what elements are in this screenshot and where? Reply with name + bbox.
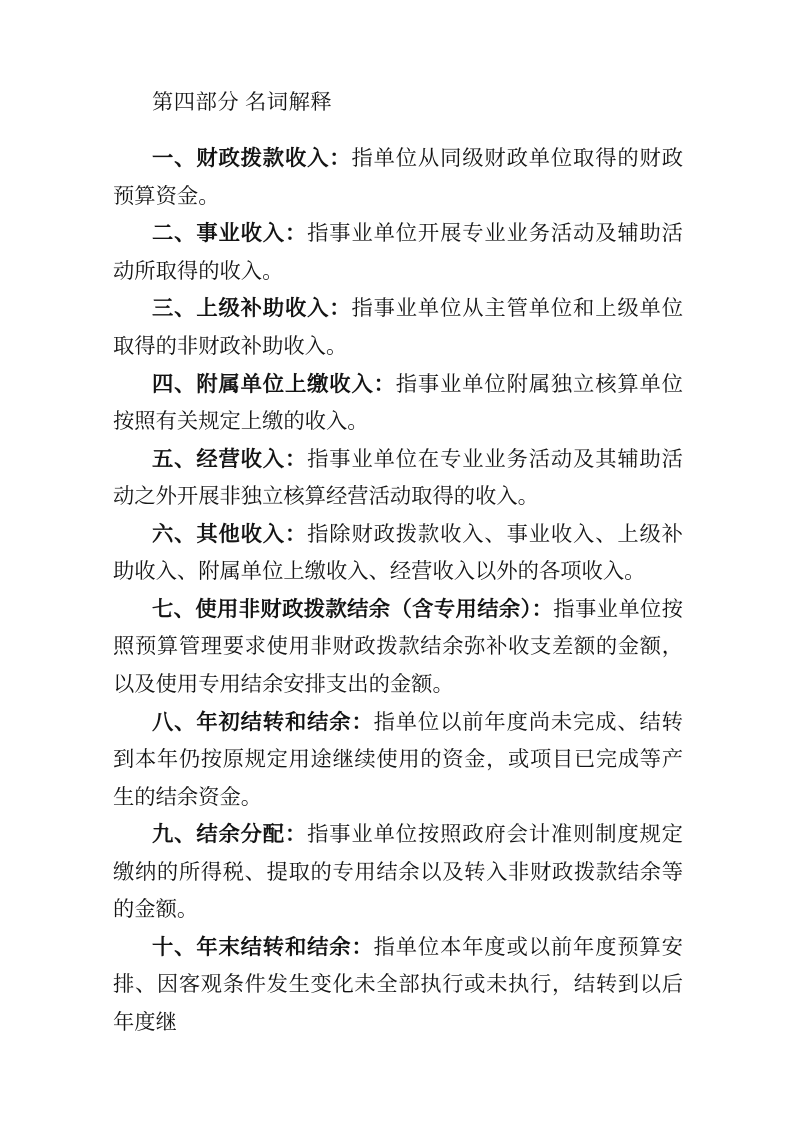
term-label: 二、事业收入： — [152, 221, 307, 245]
term-label: 三、上级补助收入： — [152, 296, 351, 320]
term-paragraph: 九、结余分配：指事业单位按照政府会计准则制度规定缴纳的所得税、提取的专用结余以及… — [113, 816, 683, 929]
term-paragraph: 五、经营收入：指事业单位在专业业务活动及其辅助活动之外开展非独立核算经营活动取得… — [113, 441, 683, 516]
term-label: 六、其他收入： — [152, 522, 307, 546]
term-paragraph: 三、上级补助收入：指事业单位从主管单位和上级单位取得的非财政补助收入。 — [113, 290, 683, 365]
term-label: 一、财政拨款收入： — [152, 146, 351, 170]
term-label: 七、使用非财政拨款结余（含专用结余）： — [152, 597, 553, 621]
term-paragraph: 四、附属单位上缴收入：指事业单位附属独立核算单位按照有关规定上缴的收入。 — [113, 366, 683, 441]
section-title: 第四部分 名词解释 — [113, 84, 683, 121]
term-label: 五、经营收入： — [152, 447, 307, 471]
term-paragraph: 八、年初结转和结余：指单位以前年度尚未完成、结转到本年仍按原规定用途继续使用的资… — [113, 704, 683, 817]
term-paragraph: 七、使用非财政拨款结余（含专用结余）：指事业单位按照预算管理要求使用非财政拨款结… — [113, 591, 683, 704]
document-page: 第四部分 名词解释 一、财政拨款收入：指单位从同级财政单位取得的财政预算资金。 … — [0, 0, 794, 1122]
term-paragraph: 二、事业收入：指事业单位开展专业业务活动及辅助活动所取得的收入。 — [113, 215, 683, 290]
term-paragraph: 六、其他收入：指除财政拨款收入、事业收入、上级补助收入、附属单位上缴收入、经营收… — [113, 516, 683, 591]
document-content: 第四部分 名词解释 一、财政拨款收入：指单位从同级财政单位取得的财政预算资金。 … — [113, 84, 683, 1041]
term-label: 八、年初结转和结余： — [152, 710, 374, 734]
term-paragraph: 十、年末结转和结余：指单位本年度或以前年度预算安排、因客观条件发生变化未全部执行… — [113, 929, 683, 1042]
term-label: 四、附属单位上缴收入： — [152, 372, 396, 396]
term-label: 九、结余分配： — [152, 822, 307, 846]
term-paragraph: 一、财政拨款收入：指单位从同级财政单位取得的财政预算资金。 — [113, 140, 683, 215]
term-label: 十、年末结转和结余： — [152, 935, 374, 959]
